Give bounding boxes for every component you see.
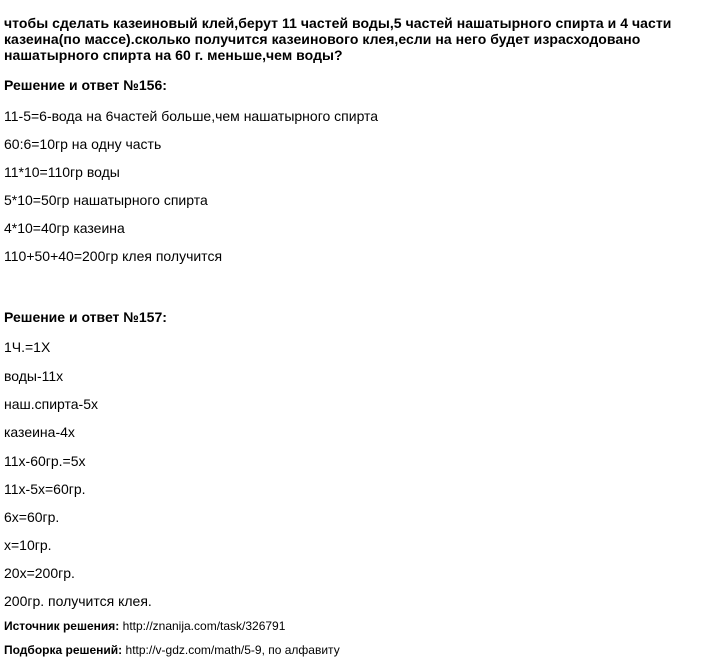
solution-156-line: 110+50+40=200гр клея получится <box>4 248 222 264</box>
solution-157-line: наш.спирта-5х <box>4 396 98 412</box>
solution-157-line: 11х-60гр.=5х <box>4 453 86 469</box>
solution-156-heading: Решение и ответ №156: <box>4 77 167 93</box>
solution-156-line: 5*10=50гр нашатырного спирта <box>4 192 208 208</box>
solution-156-line: 4*10=40гр казеина <box>4 220 125 236</box>
solution-157-line: казеина-4х <box>4 424 75 440</box>
solution-157-line: 1Ч.=1Х <box>4 339 50 355</box>
solution-157-heading: Решение и ответ №157: <box>4 309 167 325</box>
source-line: Источник решения: http://znanija.com/tas… <box>4 619 285 633</box>
problem-statement: чтобы сделать казеиновый клей,берут 11 ч… <box>4 15 704 63</box>
solution-157-line: 11х-5х=60гр. <box>4 481 86 497</box>
solution-156-line: 11*10=110гр воды <box>4 164 120 180</box>
solution-156-line: 11-5=6-вода на 6частей больше,чем нашаты… <box>4 108 378 124</box>
solution-156-line: 60:6=10гр на одну часть <box>4 136 161 152</box>
collection-line: Подборка решений: http://v-gdz.com/math/… <box>4 643 340 657</box>
collection-link[interactable]: http://v-gdz.com/math/5-9, по алфавиту <box>126 643 340 657</box>
solution-157-line: 6х=60гр. <box>4 509 59 525</box>
source-link[interactable]: http://znanija.com/task/326791 <box>123 619 286 633</box>
solution-157-line: 200гр. получится клея. <box>4 593 152 609</box>
solution-157-line: воды-11х <box>4 368 63 384</box>
solution-157-line: 20х=200гр. <box>4 565 75 581</box>
source-label: Источник решения: <box>4 619 119 633</box>
collection-label: Подборка решений: <box>4 643 122 657</box>
solution-157-line: х=10гр. <box>4 537 52 553</box>
